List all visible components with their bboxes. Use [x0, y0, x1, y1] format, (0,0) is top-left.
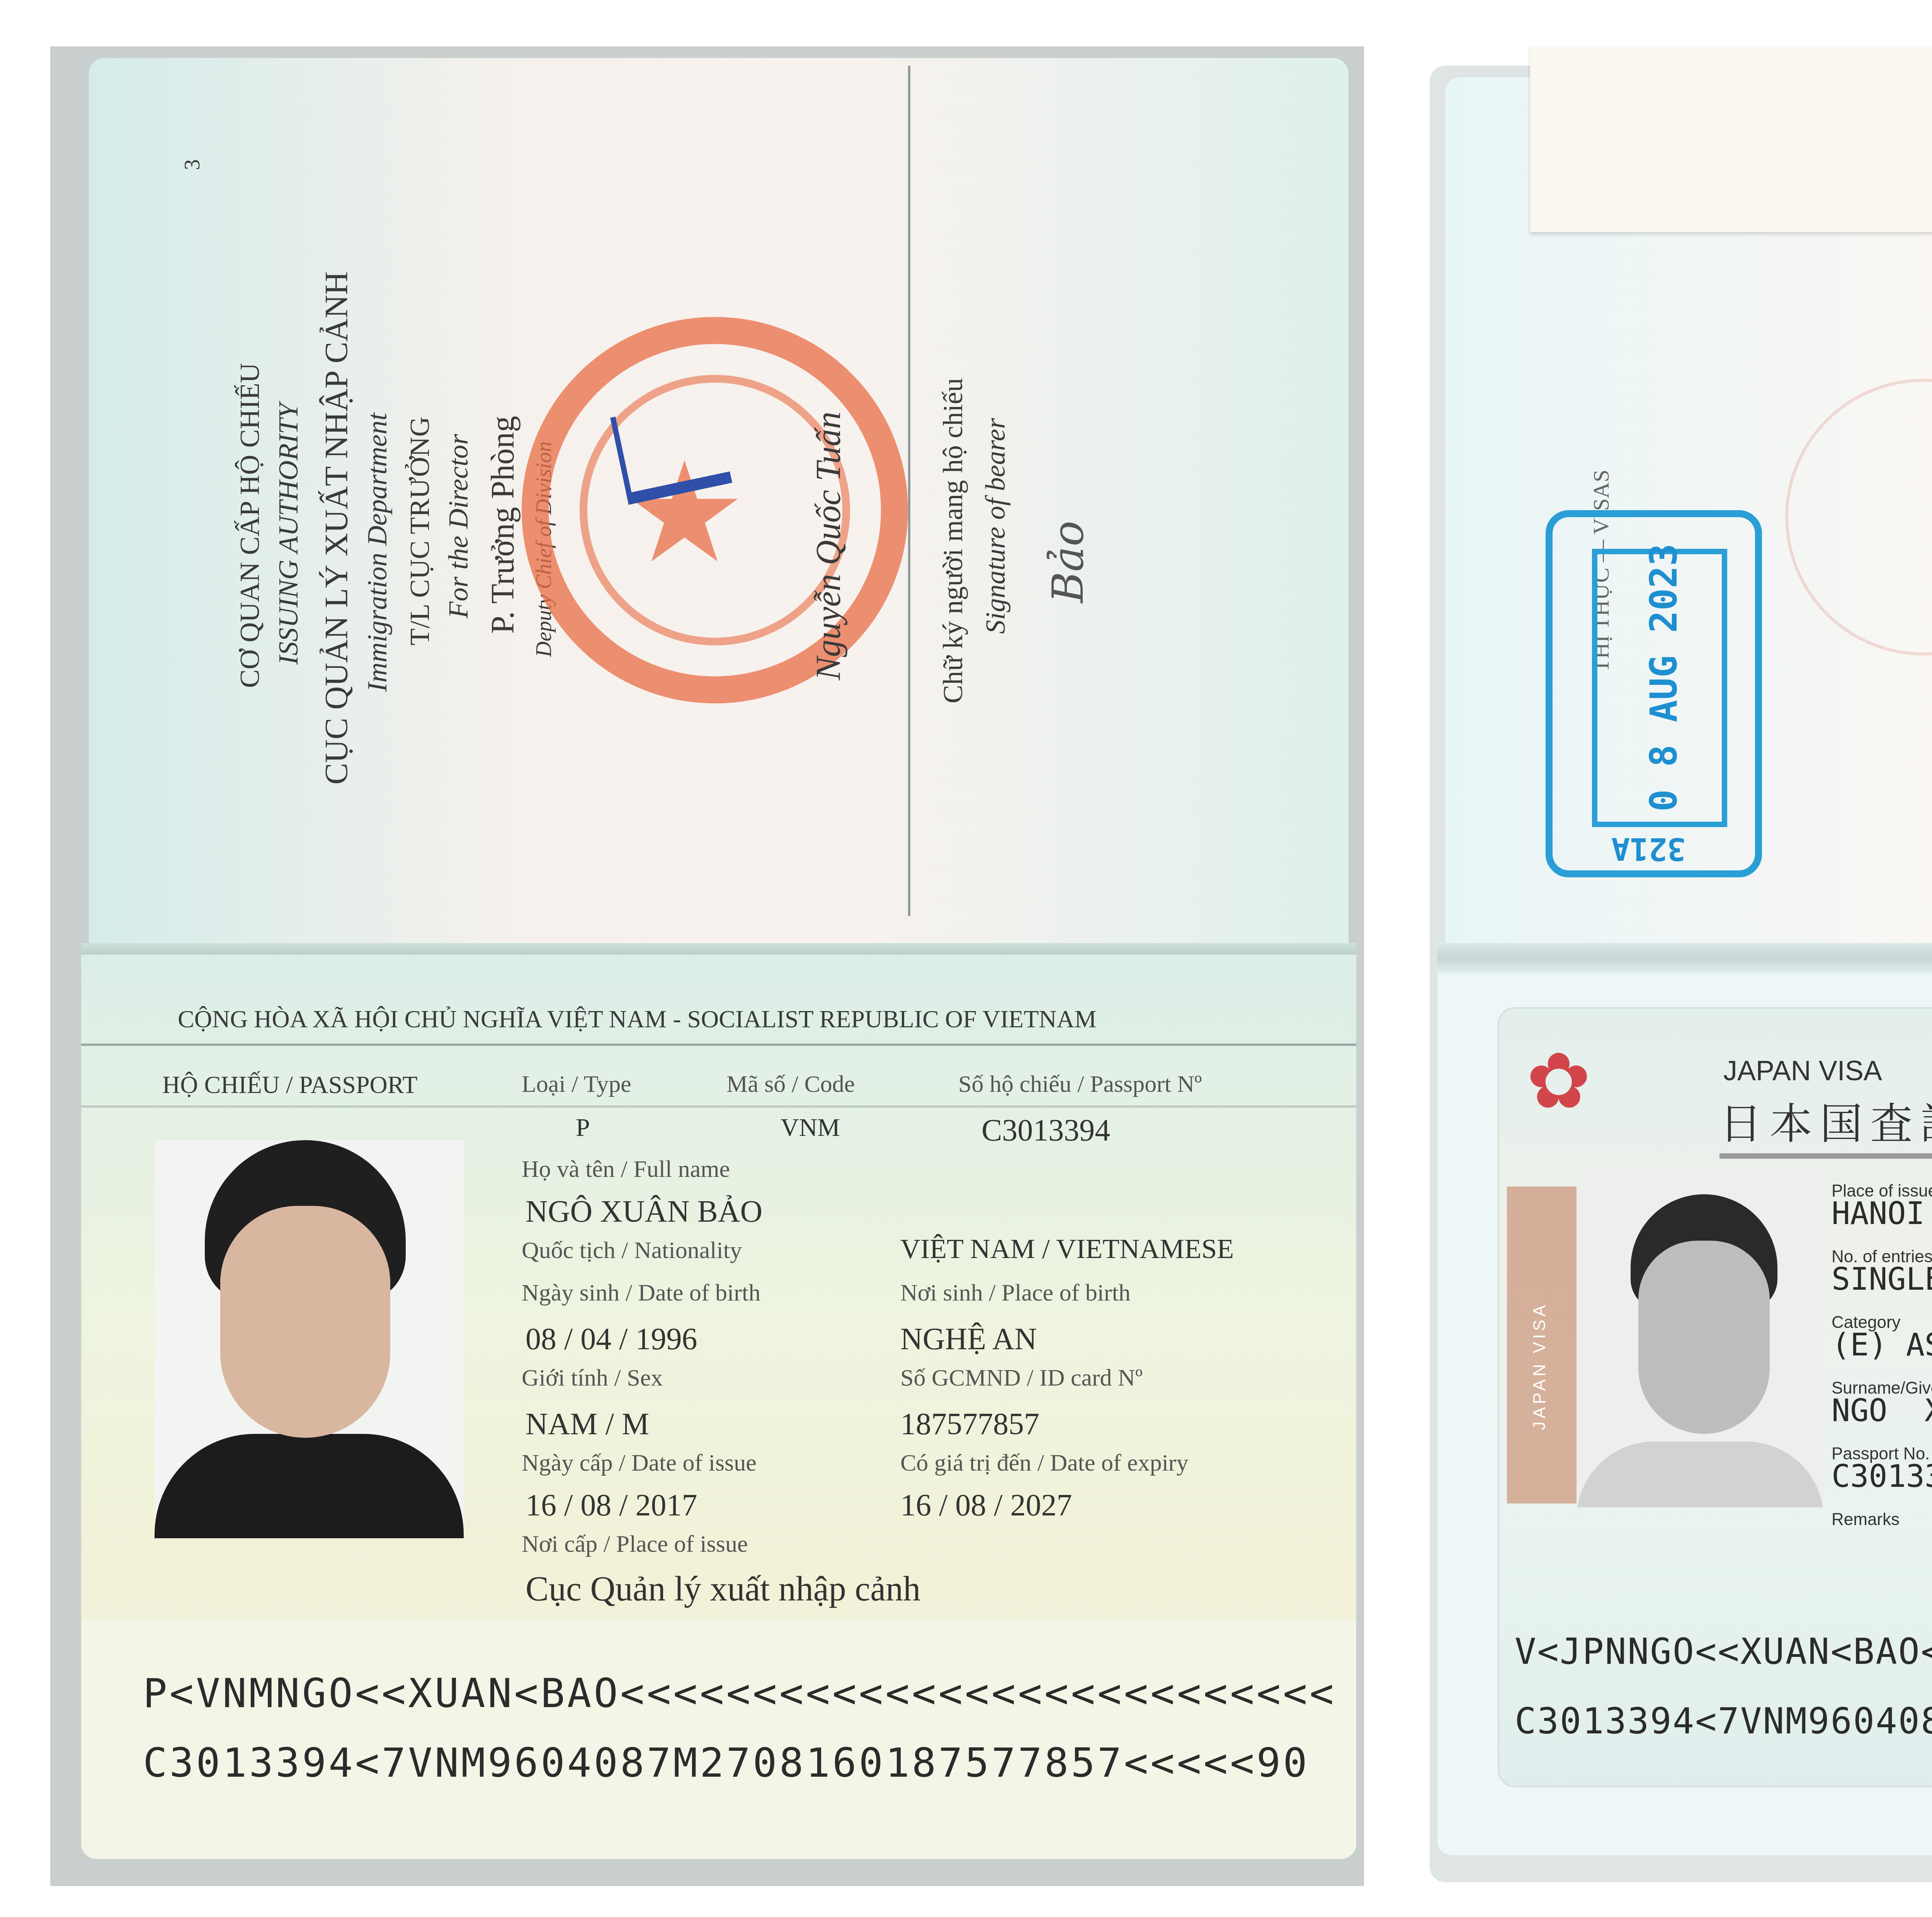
- visa-mrz-line-1: V<JPNNGO<<XUAN<BAO<<<<<<<<<<<<<<<<<<<<<<…: [1515, 1631, 1932, 1672]
- full-name-label: Họ và tên / Full name: [522, 1156, 730, 1183]
- visa-holder-photo: [1577, 1171, 1824, 1507]
- visa-name: NGO XUAN BAO: [1832, 1395, 1932, 1426]
- passport-mrz-line-2: C3013394<7VNM9604087M2708160187577857<<<…: [143, 1739, 1310, 1786]
- page-number: 3: [182, 159, 203, 170]
- visa-passport-no: C3013394: [1832, 1461, 1932, 1492]
- id-card-number: 187577857: [900, 1407, 1039, 1442]
- visa-category: (E) AS SPECIFIED SKILLED WORKER(I): [1832, 1330, 1932, 1360]
- passport-number-label: Số hộ chiếu / Passport Nº: [958, 1071, 1202, 1098]
- expiry-date-label: Có giá trị đến / Date of expiry: [900, 1449, 1189, 1477]
- visa-page-fold: [1437, 943, 1932, 974]
- passport-code: VNM: [781, 1113, 840, 1142]
- type-label: Loại / Type: [522, 1071, 631, 1098]
- issuing-department-en: Immigration Department: [363, 413, 391, 692]
- holder-photo: [155, 1140, 464, 1538]
- bearer-signature: Bảo: [1043, 521, 1093, 603]
- issue-date: 16 / 08 / 2017: [526, 1488, 697, 1523]
- for-director-en: For the Director: [444, 434, 472, 618]
- page-divider: [908, 66, 910, 916]
- passport-number: C3013394: [981, 1113, 1110, 1148]
- full-name: NGÔ XUÂN BẢO: [526, 1194, 762, 1229]
- document-label: HỘ CHIẾU / PASSPORT: [162, 1071, 418, 1099]
- visa-mrz-line-2: C3013394<7VNM9604087M231028823C22584620A…: [1515, 1701, 1932, 1742]
- code-label: Mã số / Code: [726, 1071, 855, 1098]
- place-of-issue-label: Nơi cấp / Place of issue: [522, 1531, 748, 1558]
- field-rule: [81, 1105, 1356, 1108]
- pob-label: Nơi sinh / Place of birth: [900, 1279, 1131, 1307]
- visa-place-of-issue: HANOI: [1832, 1198, 1925, 1229]
- visa-title-jp: 日本国査証: [1719, 1090, 1932, 1159]
- sex: NAM / M: [526, 1407, 649, 1442]
- bearer-signature-label-en: Signature of bearer: [981, 418, 1009, 634]
- entry-stamp-date: 0 8 AUG 2023: [1642, 543, 1685, 812]
- nationality: VIỆT NAM / VIETNAMESE: [900, 1233, 1234, 1265]
- signer-title-vi: P. Trưởng Phòng: [487, 416, 519, 634]
- header-rule: [81, 1044, 1356, 1046]
- issue-date-label: Ngày cấp / Date of issue: [522, 1449, 757, 1477]
- passport-mrz-line-1: P<VNMNGO<<XUAN<BAO<<<<<<<<<<<<<<<<<<<<<<…: [143, 1670, 1336, 1717]
- visa-entries: SINGLE: [1832, 1264, 1932, 1295]
- dob-label: Ngày sinh / Date of birth: [522, 1279, 760, 1307]
- issuing-department-vi: CỤC QUẢN LÝ XUẤT NHẬP CẢNH: [321, 271, 353, 785]
- passport-type: P: [576, 1113, 590, 1142]
- place-of-issue: Cục Quản lý xuất nhập cảnh: [526, 1569, 920, 1609]
- expiry-date: 16 / 08 / 2027: [900, 1488, 1072, 1523]
- visa-side-text: JAPAN VISA: [1530, 1302, 1549, 1430]
- id-card-label: Số GCMND / ID card Nº: [900, 1364, 1143, 1392]
- date-of-birth: 08 / 04 / 1996: [526, 1322, 697, 1357]
- inserted-paper: [1530, 46, 1932, 232]
- place-of-birth: NGHỆ AN: [900, 1322, 1037, 1357]
- issuing-authority-label-en: ISSUING AUTHORITY: [274, 403, 302, 665]
- visa-title: JAPAN VISA: [1723, 1055, 1882, 1087]
- for-director-vi: T/L CỤC TRƯỞNG: [406, 417, 434, 645]
- sakura-emblem-icon: ✿: [1526, 1044, 1591, 1121]
- sex-label: Giới tính / Sex: [522, 1364, 663, 1392]
- passport-header: CỘNG HÒA XÃ HỘI CHỦ NGHĨA VIỆT NAM - SOC…: [178, 1005, 1097, 1033]
- nationality-label: Quốc tịch / Nationality: [522, 1237, 742, 1264]
- entry-stamp-code: 321A: [1611, 831, 1686, 867]
- signer-name: Nguyễn Quốc Tuấn: [811, 412, 846, 680]
- remarks-label: Remarks: [1832, 1511, 1900, 1528]
- bearer-signature-label-vi: Chữ ký người mang hộ chiếu: [939, 378, 967, 703]
- issuing-authority-label-vi: CƠ QUAN CẤP HỘ CHIẾU: [236, 363, 264, 688]
